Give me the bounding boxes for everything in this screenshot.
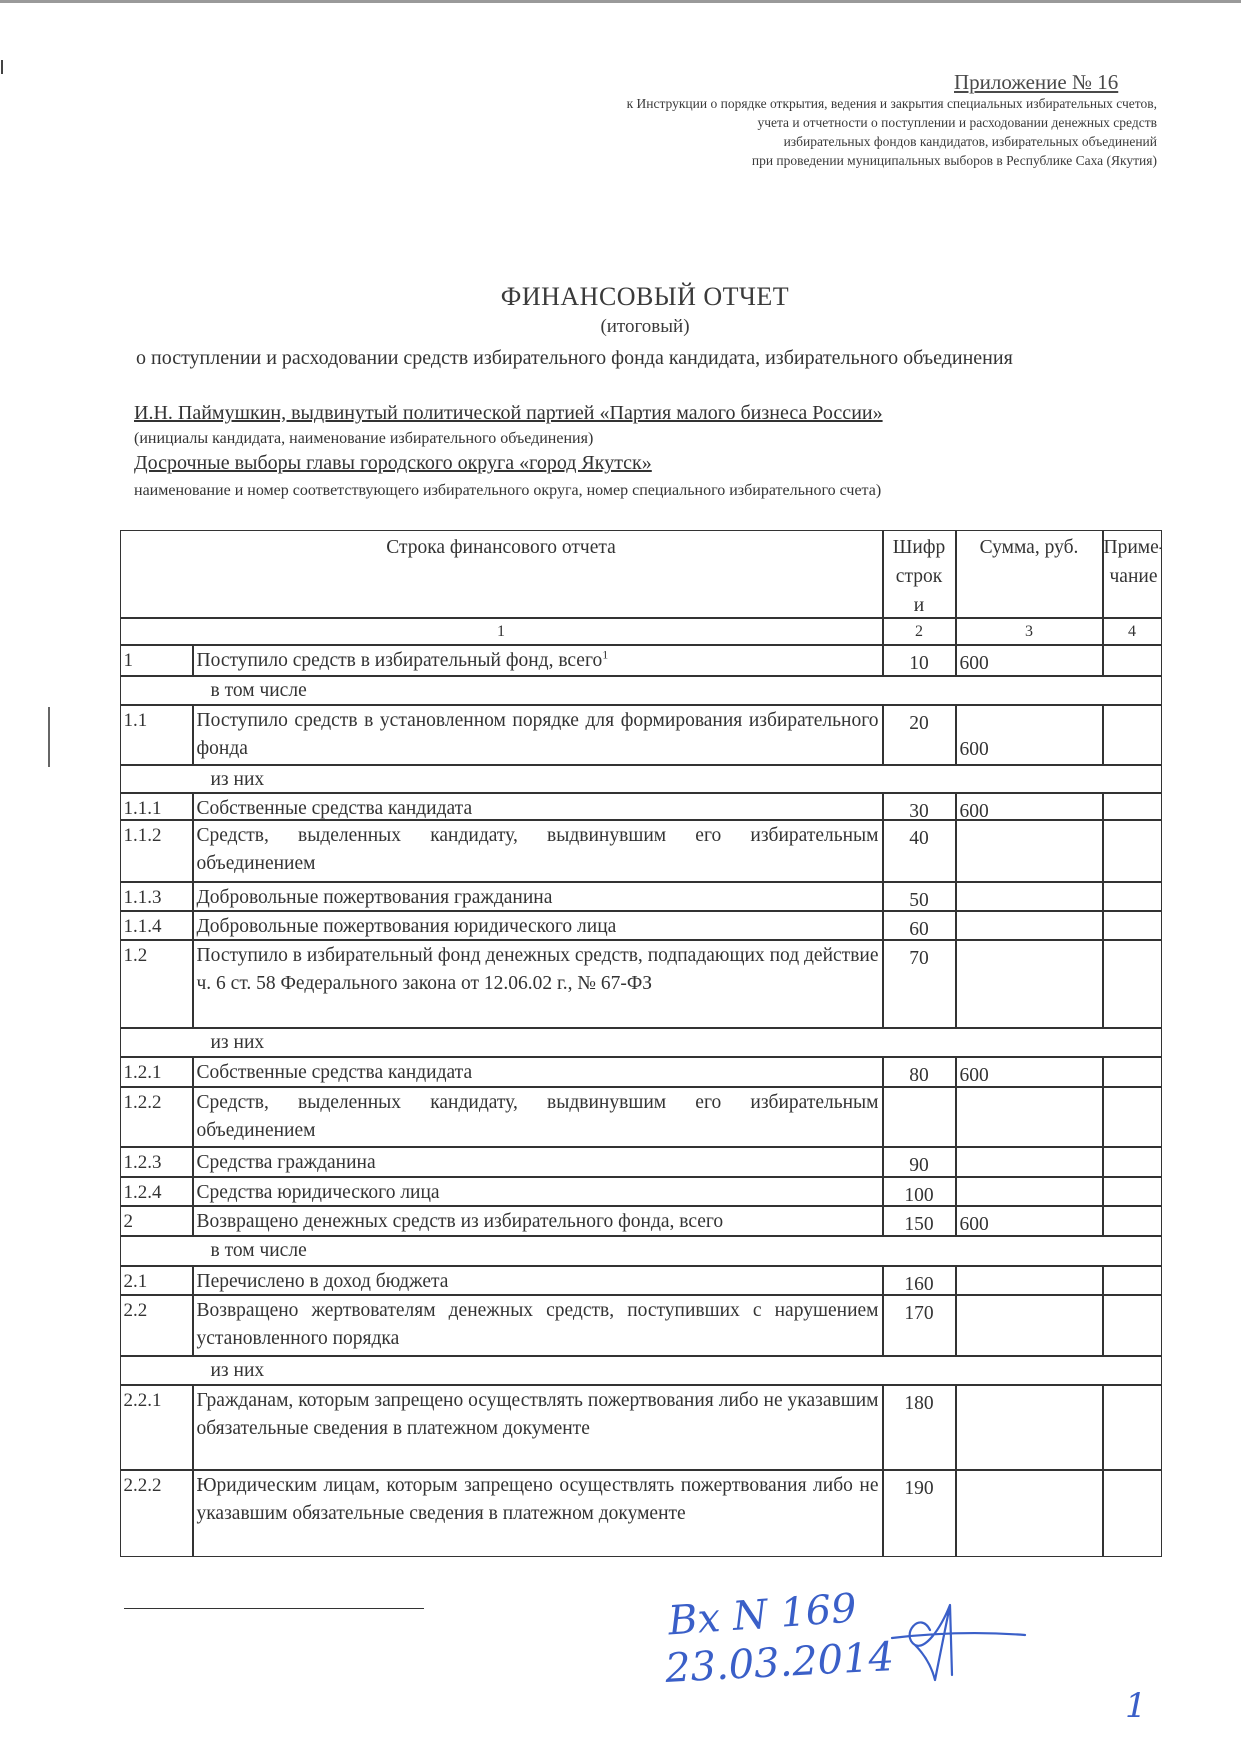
row-sum xyxy=(956,1177,1103,1206)
header-note-l2: чание xyxy=(1104,562,1158,591)
incoming-number-handwritten: Вх N 169 xyxy=(667,1585,858,1644)
row-note xyxy=(1103,645,1162,676)
row-code: 30 xyxy=(883,793,956,820)
incoming-date-handwritten: 23.03.2014 xyxy=(664,1634,895,1692)
row-description-text: Собственные средства кандидата xyxy=(197,798,473,819)
row-note xyxy=(1103,1057,1162,1087)
row-description: Средства юридического лица xyxy=(193,1177,883,1206)
row-number: 1.2.3 xyxy=(120,1147,193,1177)
row-note xyxy=(1103,793,1162,820)
row-code: 180 xyxy=(883,1385,956,1470)
row-description-text: Перечислено в доход бюджета xyxy=(197,1271,449,1292)
row-note xyxy=(1103,1385,1162,1470)
row-note xyxy=(1103,1177,1162,1206)
row-number: 1.1 xyxy=(120,705,193,765)
row-note xyxy=(1103,940,1162,1028)
row-description-text: Юридическим лицам, которым запрещено осу… xyxy=(197,1475,879,1524)
signature-icon xyxy=(890,1590,1030,1690)
table-subheader: в том числе xyxy=(120,1236,1162,1266)
header-sum: Сумма, руб. xyxy=(956,530,1103,618)
row-note xyxy=(1103,911,1162,940)
annex-title: Приложение № 16 xyxy=(954,70,1118,95)
annex-line-4: при проведении муниципальных выборов в Р… xyxy=(752,153,1157,169)
row-code: 80 xyxy=(883,1057,956,1087)
row-sum xyxy=(956,1295,1103,1356)
row-note xyxy=(1103,1087,1162,1147)
page-number-handwritten: 1 xyxy=(1125,1686,1147,1726)
row-number: 1 xyxy=(120,645,193,676)
row-description-text: Средств, выделенных кандидату, выдвинувш… xyxy=(197,825,879,874)
col-number-4: 4 xyxy=(1103,618,1162,645)
table-subheader: из них xyxy=(120,765,1162,793)
row-sum xyxy=(956,1087,1103,1147)
row-sum: 600 xyxy=(956,793,1103,820)
row-description: Собственные средства кандидата xyxy=(193,793,883,820)
header-code-l3: и xyxy=(884,591,955,618)
row-sum: 600 xyxy=(956,645,1103,676)
row-sum xyxy=(956,1147,1103,1177)
col-number-3: 3 xyxy=(956,618,1103,645)
row-code: 160 xyxy=(883,1266,956,1295)
row-code xyxy=(883,1087,956,1147)
row-description: Поступило средств в установленном порядк… xyxy=(193,705,883,765)
row-description: Поступило средств в избирательный фонд, … xyxy=(193,645,883,676)
row-code: 10 xyxy=(883,645,956,676)
header-line: Строка финансового отчета xyxy=(120,530,883,618)
row-note xyxy=(1103,705,1162,765)
row-code: 190 xyxy=(883,1470,956,1557)
col-number-2: 2 xyxy=(883,618,956,645)
row-sum xyxy=(956,940,1103,1028)
row-description-text: Добровольные пожертвования юридического … xyxy=(197,916,617,937)
row-number: 1.2 xyxy=(120,940,193,1028)
row-description: Перечислено в доход бюджета xyxy=(193,1266,883,1295)
row-number: 1.1.4 xyxy=(120,911,193,940)
row-sum: 600 xyxy=(956,1057,1103,1087)
row-description: Возвращено жертвователям денежных средст… xyxy=(193,1295,883,1356)
annex-line-3: избирательных фондов кандидатов, избират… xyxy=(784,134,1157,150)
financial-report-table: Строка финансового отчета Шифр строк и С… xyxy=(120,530,1162,1560)
row-number: 1.2.1 xyxy=(120,1057,193,1087)
report-title: ФИНАНСОВЫЙ ОТЧЕТ xyxy=(0,282,1241,312)
election-hint: наименование и номер соответствующего из… xyxy=(134,482,881,500)
row-description: Добровольные пожертвования гражданина xyxy=(193,882,883,911)
row-description: Поступило в избирательный фонд денежных … xyxy=(193,940,883,1028)
candidate-hint: (инициалы кандидата, наименование избира… xyxy=(134,430,593,448)
row-description-text: Средства юридического лица xyxy=(197,1182,440,1203)
row-description: Юридическим лицам, которым запрещено осу… xyxy=(193,1470,883,1557)
row-description-text: Гражданам, которым запрещено осуществлят… xyxy=(197,1390,879,1439)
row-description: Гражданам, которым запрещено осуществлят… xyxy=(193,1385,883,1470)
row-number: 1.1.1 xyxy=(120,793,193,820)
footnote-marker: 1 xyxy=(602,647,608,661)
table-subheader: в том числе xyxy=(120,676,1162,705)
row-description-text: Добровольные пожертвования гражданина xyxy=(197,887,553,908)
row-number: 1.1.3 xyxy=(120,882,193,911)
row-number: 2.2.2 xyxy=(120,1470,193,1557)
row-code: 90 xyxy=(883,1147,956,1177)
header-code-l2: строк xyxy=(884,562,955,591)
row-description: Добровольные пожертвования юридического … xyxy=(193,911,883,940)
row-number: 1.2.4 xyxy=(120,1177,193,1206)
row-note xyxy=(1103,820,1162,882)
row-description-text: Средств, выделенных кандидату, выдвинувш… xyxy=(197,1092,879,1141)
header-code: Шифр строк и xyxy=(883,530,956,618)
row-note xyxy=(1103,1266,1162,1295)
row-description-text: Возвращено денежных средств из избирател… xyxy=(197,1211,724,1232)
row-sum xyxy=(956,1385,1103,1470)
row-code: 20 xyxy=(883,705,956,765)
row-number: 2.2 xyxy=(120,1295,193,1356)
row-number: 2.1 xyxy=(120,1266,193,1295)
row-note xyxy=(1103,1470,1162,1557)
row-note xyxy=(1103,1147,1162,1177)
header-note: Приме- чание xyxy=(1103,530,1162,618)
election-name: Досрочные выборы главы городского округа… xyxy=(134,452,652,475)
row-sum: 600 xyxy=(956,1206,1103,1236)
row-code: 170 xyxy=(883,1295,956,1356)
row-description: Средств, выделенных кандидату, выдвинувш… xyxy=(193,820,883,882)
row-note xyxy=(1103,882,1162,911)
row-code: 40 xyxy=(883,820,956,882)
footnote-separator xyxy=(124,1608,424,1609)
header-code-l1: Шифр xyxy=(884,533,955,562)
row-note xyxy=(1103,1206,1162,1236)
row-description-text: Возвращено жертвователям денежных средст… xyxy=(197,1300,879,1349)
row-description: Собственные средства кандидата xyxy=(193,1057,883,1087)
report-intro: о поступлении и расходовании средств изб… xyxy=(136,346,1156,370)
row-description-text: Поступило средств в избирательный фонд, … xyxy=(197,650,603,671)
row-description-text: Собственные средства кандидата xyxy=(197,1062,473,1083)
scan-margin-mark xyxy=(48,707,50,767)
header-note-l1: Приме- xyxy=(1104,533,1158,562)
row-number: 2.2.1 xyxy=(120,1385,193,1470)
annex-line-2: учета и отчетности о поступлении и расхо… xyxy=(757,115,1157,131)
col-number-1: 1 xyxy=(120,618,883,645)
row-number: 1.2.2 xyxy=(120,1087,193,1147)
row-sum xyxy=(956,1470,1103,1557)
row-code: 60 xyxy=(883,911,956,940)
candidate-name: И.Н. Паймушкин, выдвинутый политической … xyxy=(134,402,883,425)
row-number: 2 xyxy=(120,1206,193,1236)
row-note xyxy=(1103,1295,1162,1356)
row-number: 1.1.2 xyxy=(120,820,193,882)
row-description-text: Средства гражданина xyxy=(197,1152,376,1173)
row-description: Средств, выделенных кандидату, выдвинувш… xyxy=(193,1087,883,1147)
row-description: Средства гражданина xyxy=(193,1147,883,1177)
row-sum xyxy=(956,911,1103,940)
row-sum xyxy=(956,1266,1103,1295)
row-description-text: Поступило средств в установленном порядк… xyxy=(197,710,879,759)
table-subheader: из них xyxy=(120,1356,1162,1385)
row-description: Возвращено денежных средств из избирател… xyxy=(193,1206,883,1236)
scan-edge-mark xyxy=(1,60,3,74)
row-sum xyxy=(956,882,1103,911)
report-subtitle: (итоговый) xyxy=(0,316,1241,338)
row-code: 50 xyxy=(883,882,956,911)
row-sum xyxy=(956,820,1103,882)
row-code: 150 xyxy=(883,1206,956,1236)
row-code: 70 xyxy=(883,940,956,1028)
annex-line-1: к Инструкции о порядке открытия, ведения… xyxy=(627,96,1157,112)
row-sum: 600 xyxy=(956,705,1103,765)
scan-top-edge xyxy=(0,0,1241,3)
table-subheader: из них xyxy=(120,1028,1162,1057)
row-code: 100 xyxy=(883,1177,956,1206)
row-description-text: Поступило в избирательный фонд денежных … xyxy=(197,945,879,994)
